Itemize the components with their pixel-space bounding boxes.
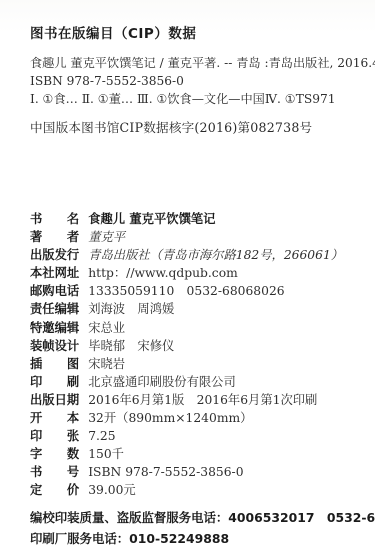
- row-label: 著 者: [30, 228, 79, 246]
- row-label: 出版日期: [30, 391, 79, 409]
- cip-title-line: 食趣儿 董克平饮馔笔记 / 董克平著. -- 青岛 :青岛出版社, 2016.4: [30, 54, 351, 72]
- row-value: 刘海波 周鸿媛: [88, 300, 174, 318]
- row-word-count: 字 数 150千: [30, 445, 351, 463]
- row-label: 本社网址: [30, 264, 79, 282]
- row-label: 出版发行: [30, 246, 79, 264]
- row-mail-order-phone: 邮购电话 13335059110 0532-68068026: [30, 282, 351, 300]
- printer-service-phone-line: 印刷厂服务电话：010-52249888: [30, 528, 351, 546]
- row-format: 开 本 32开（890mm×1240mm）: [30, 409, 351, 427]
- colophon: 书 名 食趣儿 董克平饮馔笔记 著 者 董克平 出版发行 青岛出版社（青岛市海尔…: [30, 210, 351, 500]
- row-printer: 印 刷 北京盛通印刷股份有限公司: [30, 373, 351, 391]
- row-sheets: 印 张 7.25: [30, 427, 351, 445]
- row-value: 宋总业: [88, 319, 125, 337]
- row-label: 印 刷: [30, 373, 79, 391]
- row-value: 7.25: [88, 427, 115, 445]
- row-value: 39.00元: [88, 481, 136, 499]
- cip-record-number: 中国版本图书馆CIP数据核字(2016)第082738号: [30, 117, 351, 136]
- row-label: 书 名: [30, 210, 79, 228]
- cip-heading: 图书在版编目（CIP）数据: [30, 22, 351, 42]
- cip-classification-line: Ⅰ. ①食… Ⅱ. ①董… Ⅲ. ①饮食—文化—中国Ⅳ. ①TS971: [30, 90, 351, 108]
- row-value: 董克平: [88, 228, 125, 246]
- service-phones: 编校印装质量、盗版监督服务电话：4006532017 0532-68068638…: [30, 507, 351, 546]
- row-label: 特邀编辑: [30, 319, 79, 337]
- row-value: 北京盛通印刷股份有限公司: [88, 373, 236, 391]
- row-value: 宋晓岩: [88, 355, 125, 373]
- row-label: 开 本: [30, 409, 79, 427]
- row-value: 13335059110 0532-68068026: [88, 282, 284, 300]
- row-label: 责任编辑: [30, 300, 79, 318]
- cip-isbn-line: ISBN 978-7-5552-3856-0: [30, 72, 351, 90]
- row-book-title: 书 名 食趣儿 董克平饮馔笔记: [30, 210, 351, 228]
- row-guest-editor: 特邀编辑 宋总业: [30, 319, 351, 337]
- quality-supervision-phone-line: 编校印装质量、盗版监督服务电话：4006532017 0532-68068638: [30, 507, 351, 528]
- row-value: 32开（890mm×1240mm）: [88, 409, 252, 427]
- row-value: http：//www.qdpub.com: [88, 264, 238, 282]
- row-value: 150千: [88, 445, 124, 463]
- row-website: 本社网址 http：//www.qdpub.com: [30, 264, 351, 282]
- row-value: 2016年6月第1版 2016年6月第1次印刷: [88, 391, 317, 409]
- row-value: 毕晓郁 宋修仪: [88, 337, 174, 355]
- row-price: 定 价 39.00元: [30, 481, 351, 499]
- row-value: 食趣儿 董克平饮馔笔记: [88, 210, 215, 228]
- row-label: 装帧设计: [30, 337, 79, 355]
- row-design: 装帧设计 毕晓郁 宋修仪: [30, 337, 351, 355]
- row-responsible-editor: 责任编辑 刘海波 周鸿媛: [30, 300, 351, 318]
- row-label: 印 张: [30, 427, 79, 445]
- row-label: 字 数: [30, 445, 79, 463]
- row-value: ISBN 978-7-5552-3856-0: [88, 463, 243, 481]
- row-publisher: 出版发行 青岛出版社（青岛市海尔路182号，266061）: [30, 246, 351, 264]
- row-label: 插 图: [30, 355, 79, 373]
- row-label: 书 号: [30, 463, 79, 481]
- row-isbn: 书 号 ISBN 978-7-5552-3856-0: [30, 463, 351, 481]
- copyright-page: 图书在版编目（CIP）数据 食趣儿 董克平饮馔笔记 / 董克平著. -- 青岛 …: [0, 0, 375, 546]
- row-author: 著 者 董克平: [30, 228, 351, 246]
- row-label: 邮购电话: [30, 282, 79, 300]
- row-publish-date: 出版日期 2016年6月第1版 2016年6月第1次印刷: [30, 391, 351, 409]
- row-label: 定 价: [30, 481, 79, 499]
- row-value: 青岛出版社（青岛市海尔路182号，266061）: [88, 246, 343, 264]
- row-illustration: 插 图 宋晓岩: [30, 355, 351, 373]
